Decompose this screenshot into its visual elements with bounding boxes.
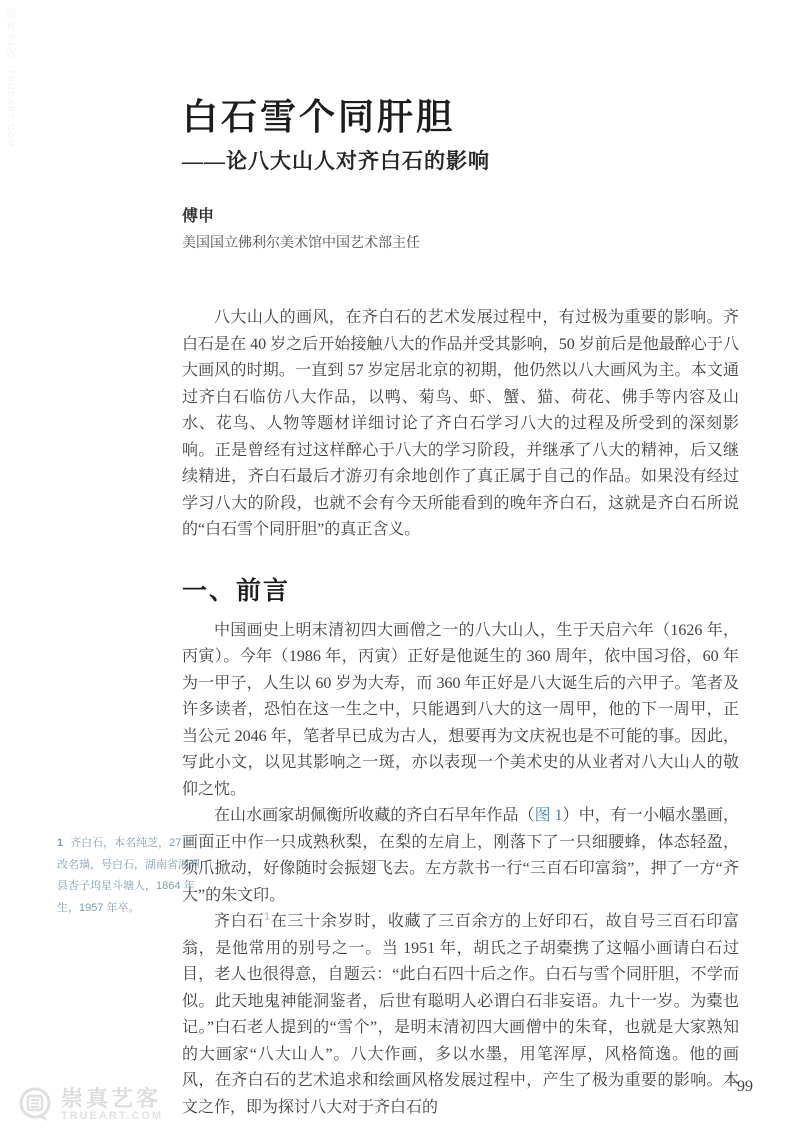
page-title: 白石雪个同肝胆: [182, 96, 739, 138]
footnote-line: 改名璜，号白石，湖南省湘潭: [57, 855, 199, 877]
paragraph-text: 在三十余岁时，收藏了三百余方的上好印石，故自号三百石印富翁，是他常用的别号之一。…: [182, 913, 739, 1116]
abstract-paragraph: 八大山人的画风，在齐白石的艺术发展过程中，有过极为重要的影响。齐白石是在 40 …: [182, 305, 739, 544]
watermark-brand: 崇真艺客: [61, 1087, 163, 1110]
article-page: 崇真艺客 TRUEART.COM 白石雪个同肝胆 ——论八大山人对齐白石的影响 …: [0, 0, 800, 1141]
footnote-line: 县杏子坞星斗塘人，1864 年: [57, 876, 199, 898]
figure-1-reference[interactable]: 图 1: [535, 807, 563, 824]
author-name: 傅申: [182, 207, 739, 227]
foreword-paragraph-1: 中国画史上明末清初四大画僧之一的八大山人，生于天启六年（1626 年，丙寅）。今…: [182, 618, 739, 804]
author-affiliation: 美国国立佛利尔美术馆中国艺术部主任: [182, 235, 739, 253]
paragraph-text: 齐白石: [214, 913, 264, 930]
section-heading-foreword: 一、前言: [182, 575, 739, 609]
margin-footnote-1: 1齐白石，本名纯芝，27 岁 改名璜，号白石，湖南省湘潭 县杏子坞星斗塘人，18…: [57, 833, 199, 919]
foreword-paragraph-2: 在山水画家胡佩衡所收藏的齐白石早年作品（图 1）中，有一小幅水墨画，画面正中作一…: [182, 803, 739, 909]
watermark-vertical: 崇真艺客 TRUEART.COM: [2, 8, 18, 149]
watermark-texts: 崇真艺客 TRUEART.COM: [61, 1087, 163, 1123]
trueart-logo-icon: [16, 1085, 56, 1125]
watermark-domain: TRUEART.COM: [61, 1110, 163, 1123]
watermark-vertical-domain: TRUEART.COM: [6, 69, 15, 149]
page-number: 99: [737, 1077, 753, 1097]
foreword-paragraph-3: 齐白石1在三十余岁时，收藏了三百余方的上好印石，故自号三百石印富翁，是他常用的别…: [182, 909, 739, 1121]
footnote-line: 生，1957 年卒。: [57, 898, 199, 920]
watermark-bottom-left: 崇真艺客 TRUEART.COM: [16, 1085, 163, 1125]
footnote-marker: 1: [57, 837, 63, 849]
watermark-vertical-brand: 崇真艺客: [4, 8, 16, 60]
paragraph-text: 在山水画家胡佩衡所收藏的齐白石早年作品（: [214, 807, 535, 824]
footnote-text: 齐白石，本名纯芝，27 岁: [70, 837, 195, 849]
footnote-line: 1齐白石，本名纯芝，27 岁: [57, 833, 199, 855]
article-subtitle: ——论八大山人对齐白石的影响: [182, 148, 739, 175]
article-content: 白石雪个同肝胆 ——论八大山人对齐白石的影响 傅申 美国国立佛利尔美术馆中国艺术…: [182, 0, 739, 1121]
